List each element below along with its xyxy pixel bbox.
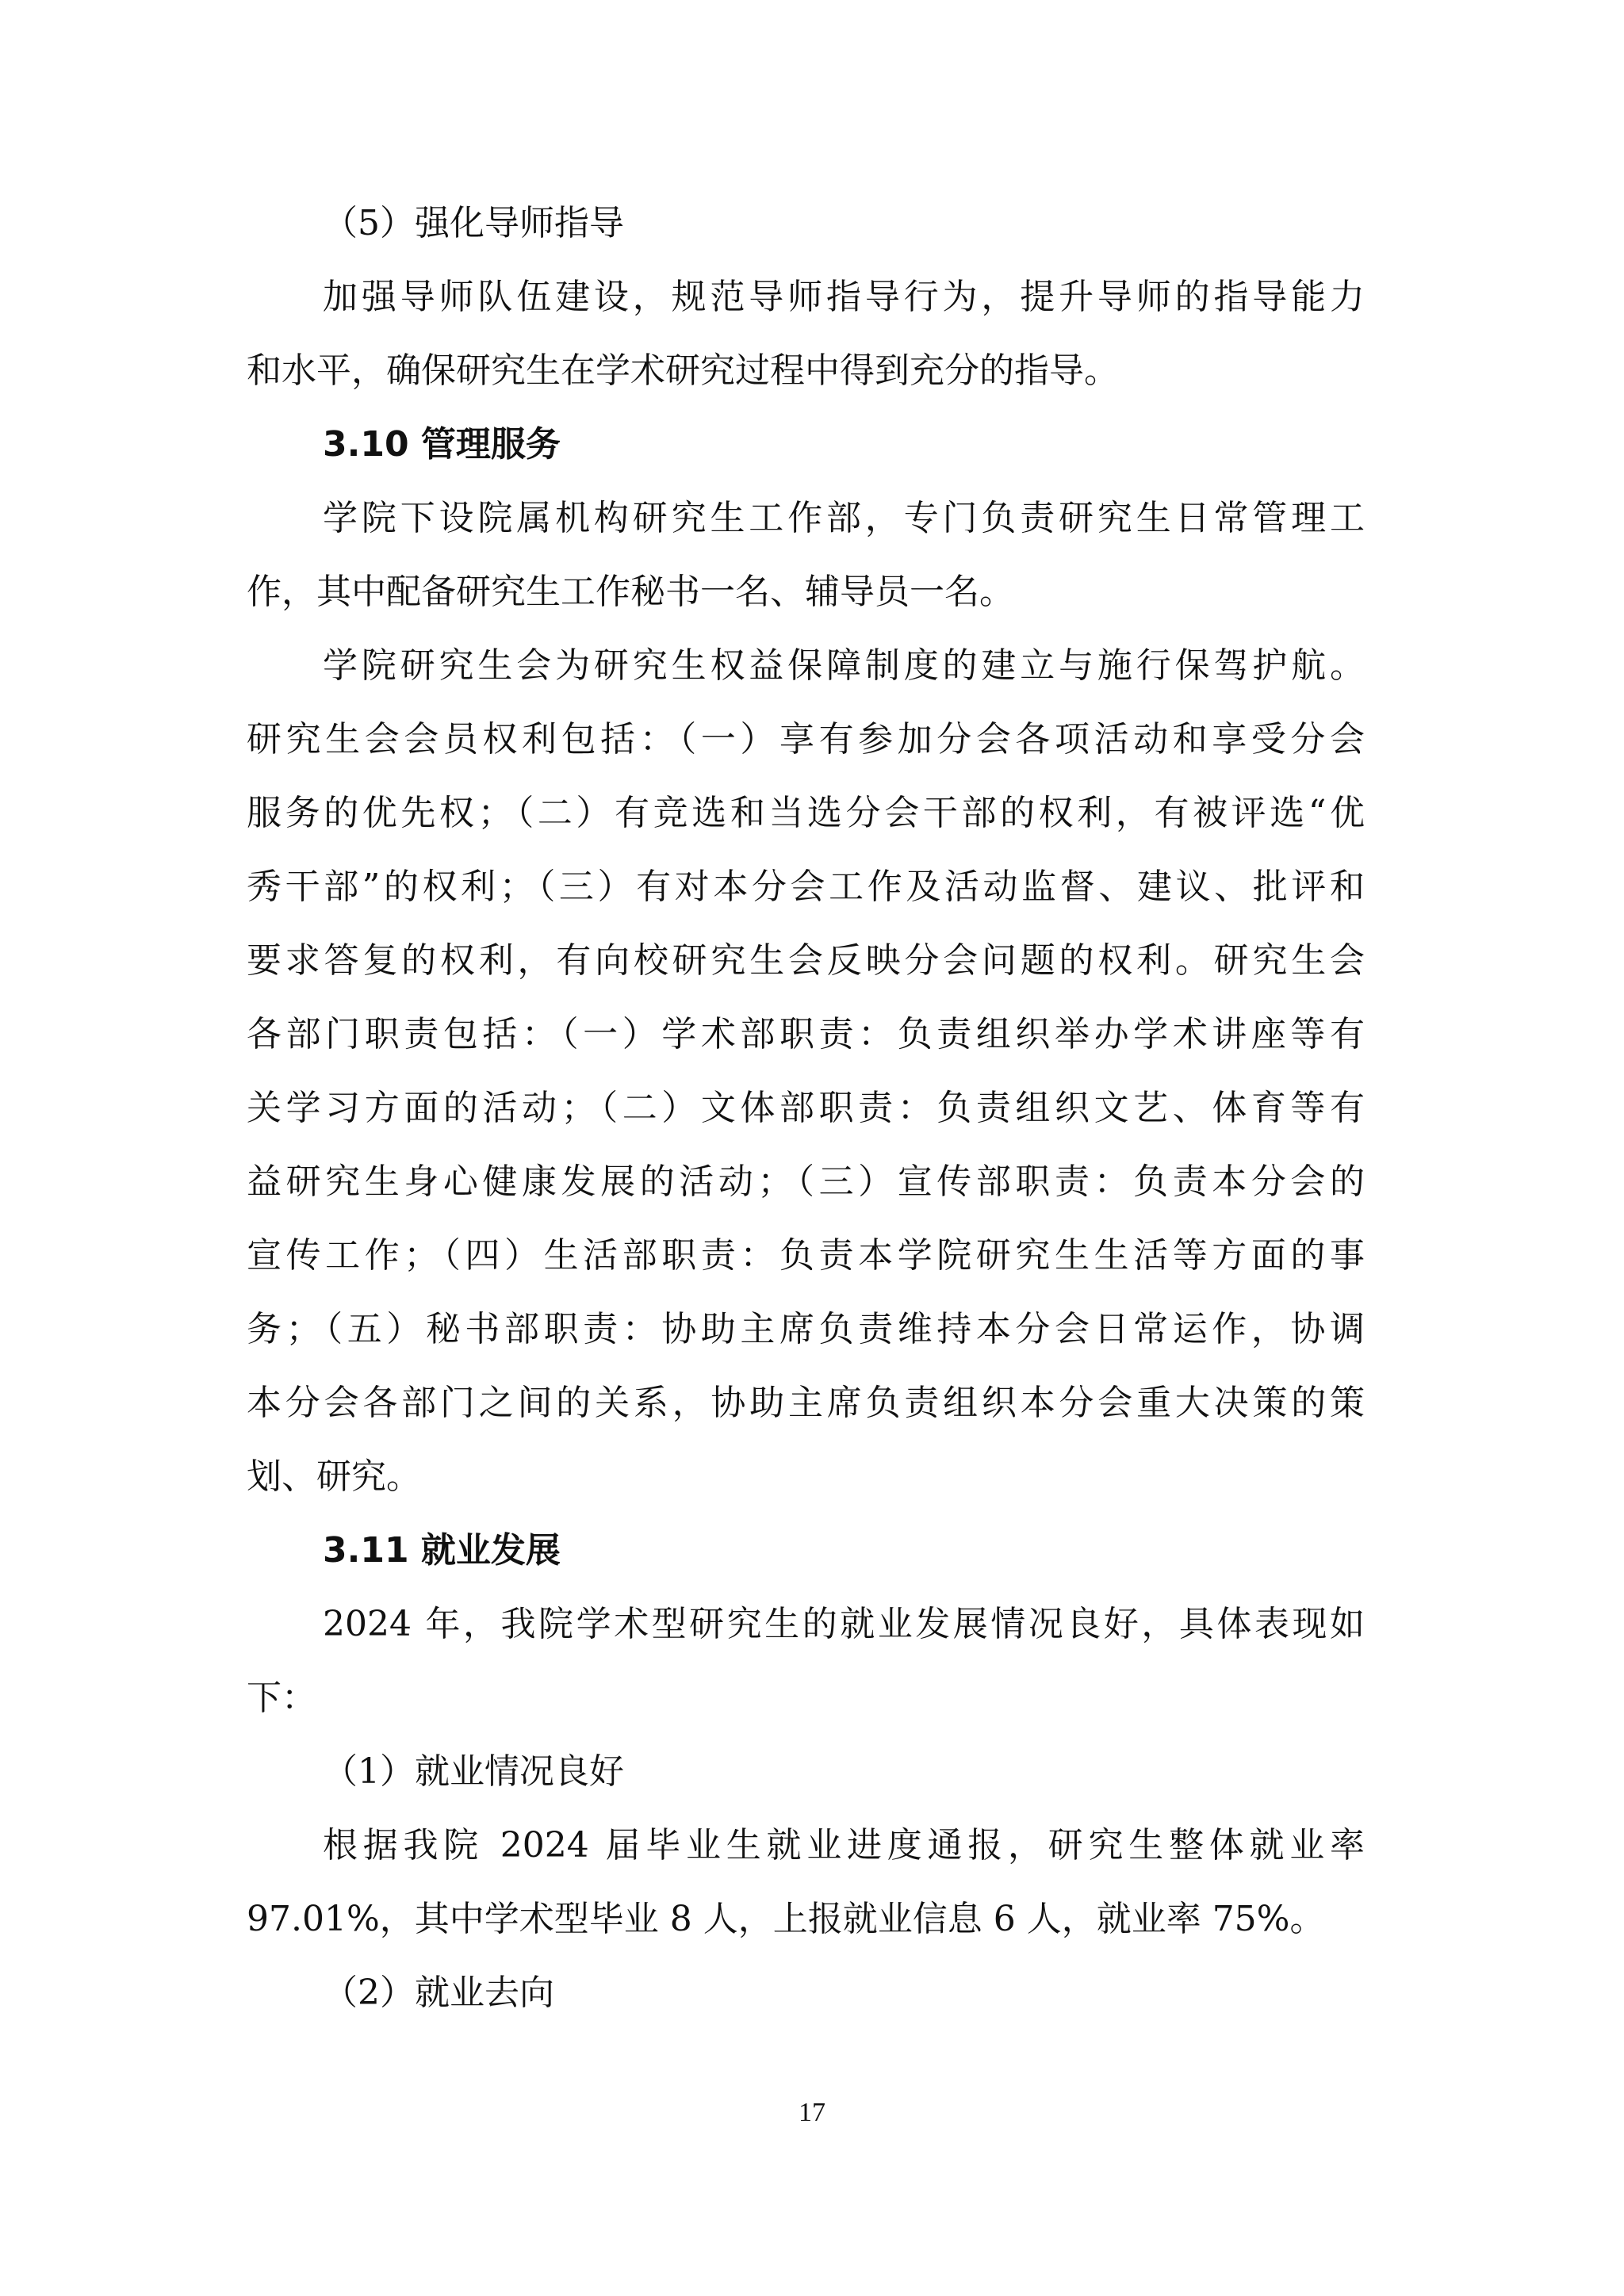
paragraph-line: 加强导师队伍建设，规范导师指导行为，提升导师的指导能力 (323, 274, 1365, 321)
paragraph-line: 关学习方面的活动；（二）文体部职责：负责组织文艺、体育等有 (247, 1085, 1365, 1132)
paragraph-line: 划、研究。 (247, 1453, 1365, 1501)
paragraph-line: 研究生会会员权利包括：（一）享有参加分会各项活动和享受分会 (247, 716, 1365, 763)
section-heading-3-11: 3.11 就业发展 (323, 1527, 1441, 1575)
paragraph-line: 要求答复的权利，有向校研究生会反映分会问题的权利。研究生会 (247, 937, 1365, 985)
paragraph-line: 务；（五）秘书部职责：协助主席负责维持本分会日常运作，协调 (247, 1306, 1365, 1353)
page-number: 17 (0, 2098, 1624, 2128)
paragraph-line: 作，其中配备研究生工作秘书一名、辅导员一名。 (247, 568, 1365, 616)
paragraph-line: 各部门职责包括：（一）学术部职责：负责组织举办学术讲座等有 (247, 1011, 1365, 1058)
subheading-2-employment-destination: （2）就业去向 (323, 1969, 1441, 2017)
subheading-5-strengthen-supervision: （5）强化导师指导 (323, 200, 1441, 247)
paragraph-line: 下： (247, 1674, 1365, 1722)
subheading-1-employment-status: （1）就业情况良好 (323, 1748, 1441, 1796)
paragraph-line: 学院下设院属机构研究生工作部，专门负责研究生日常管理工 (323, 495, 1365, 542)
paragraph-line: 宣传工作；（四）生活部职责：负责本学院研究生生活等方面的事 (247, 1232, 1365, 1280)
paragraph-line: 和水平，确保研究生在学术研究过程中得到充分的指导。 (247, 347, 1365, 395)
section-heading-3-10: 3.10 管理服务 (323, 421, 1441, 469)
paragraph-line: 根据我院 2024 届毕业生就业进度通报，研究生整体就业率 (323, 1822, 1365, 1869)
document-page: （5）强化导师指导 加强导师队伍建设，规范导师指导行为，提升导师的指导能力 和水… (0, 0, 1624, 2296)
paragraph-line: 秀干部”的权利；（三）有对本分会工作及活动监督、建议、批评和 (247, 863, 1365, 911)
paragraph-line: 服务的优先权；（二）有竞选和当选分会干部的权利，有被评选“优 (247, 790, 1365, 837)
paragraph-line: 学院研究生会为研究生权益保障制度的建立与施行保驾护航。 (323, 642, 1365, 690)
paragraph-line: 97.01%，其中学术型毕业 8 人，上报就业信息 6 人，就业率 75%。 (247, 1896, 1365, 1943)
paragraph-line: 益研究生身心健康发展的活动；（三）宣传部职责：负责本分会的 (247, 1158, 1365, 1206)
paragraph-line: 2024 年，我院学术型研究生的就业发展情况良好，具体表现如 (323, 1601, 1365, 1648)
paragraph-line: 本分会各部门之间的关系，协助主席负责组织本分会重大决策的策 (247, 1380, 1365, 1427)
